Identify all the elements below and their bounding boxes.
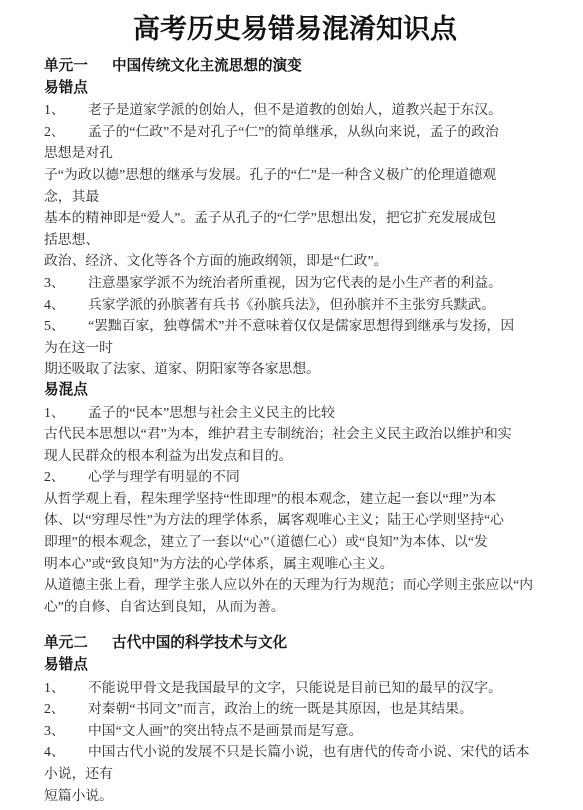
line-text: 中国古代小说的发展不只是长篇小说，也有唐代的传奇小说、宋代的话本: [88, 744, 530, 759]
text-line: 思想是对孔: [44, 142, 546, 164]
item-number: 2、: [44, 698, 88, 720]
list-item-line: 1、不能说甲骨文是我国最早的文字，只能说是目前已知的最早的汉字。: [44, 677, 546, 699]
text-line: 政治、经济、文化等各个方面的施政纲领，即是“仁政”。: [44, 250, 546, 272]
line-text: 思想是对孔: [44, 145, 113, 160]
text-line: 古代民本思想以“君”为本，维护君主专制统治；社会主义民主政治以维护和实: [44, 423, 546, 445]
text-line: 从哲学观上看，程朱理学坚持“性即理”的根本观念，建立起一套以“理”为本: [44, 488, 546, 510]
line-text: 小说，还有: [44, 766, 113, 781]
list-item-line: 2、对秦朝“书同文”而言，政治上的统一既是其原因，也是其结果。: [44, 698, 546, 720]
document-title: 高考历史易错易混淆知识点: [44, 13, 546, 45]
section-heading: 单元一中国传统文化主流思想的演变: [44, 56, 546, 78]
section-number: 单元二: [44, 633, 112, 655]
item-number: 2、: [44, 121, 88, 143]
document-body: 单元一中国传统文化主流思想的演变易错点1、老子是道家学派的创始人，但不是道教的创…: [44, 56, 546, 806]
text-line: 短篇小说。: [44, 785, 546, 807]
line-text: 中国传统文化主流思想的演变: [112, 58, 302, 74]
item-number: 4、: [44, 294, 88, 316]
list-item-line: 5、“罢黜百家，独尊儒术”并不意味着仅仅是儒家思想得到继承与发扬，因: [44, 315, 546, 337]
list-item-line: 4、兵家学派的孙膑著有兵书《孙膑兵法》，但孙膑并不主张穷兵黩武。: [44, 294, 546, 316]
text-line: 明本心”或“致良知”为方法的心学体系，属主观唯心主义。: [44, 553, 546, 575]
section-heading: 单元二古代中国的科学技术与文化: [44, 633, 546, 655]
line-text: 注意墨家学派不为统治者所重视，因为它代表的是小生产者的利益。: [88, 275, 502, 290]
text-line: 基本的精神即是“爱人”。孟子从孔子的“仁学”思想出发，把它扩充发展成包: [44, 207, 546, 229]
line-text: 孟子的“仁政”不是对孔子“仁”的简单继承，从纵向来说，孟子的政治: [88, 124, 499, 139]
list-item-line: 3、注意墨家学派不为统治者所重视，因为它代表的是小生产者的利益。: [44, 272, 546, 294]
text-line: 小说，还有: [44, 763, 546, 785]
line-text: 明本心”或“致良知”为方法的心学体系，属主观唯心主义。: [44, 556, 394, 571]
text-line: 括思想、: [44, 229, 546, 251]
text-line: 子“为政以德”思想的继承与发展。孔子的“仁”是一种含义极广的伦理道德观: [44, 164, 546, 186]
text-line: 期还吸取了法家、道家、阴阳家等各家思想。: [44, 358, 546, 380]
item-number: 2、: [44, 466, 88, 488]
item-number: 3、: [44, 720, 88, 742]
text-line: 从道德主张上看，理学主张人应以外在的天理为行为规范；而心学则主张应以“内: [44, 574, 546, 596]
line-text: 易错点: [44, 80, 88, 96]
line-text: 老子是道家学派的创始人，但不是道教的创始人，道教兴起于东汉。: [88, 102, 502, 117]
subsection-heading: 易混点: [44, 380, 546, 402]
line-text: 易混点: [44, 382, 88, 398]
text-line: 体、以“穷理尽性”为方法的理学体系，属客观唯心主义；陆王心学则坚持“心: [44, 509, 546, 531]
line-text: 对秦朝“书同文”而言，政治上的统一既是其原因，也是其结果。: [88, 701, 473, 716]
line-text: 从哲学观上看，程朱理学坚持“性即理”的根本观念，建立起一套以“理”为本: [44, 491, 496, 506]
line-text: 体、以“穷理尽性”为方法的理学体系，属客观唯心主义；陆王心学则坚持“心: [44, 512, 504, 527]
line-text: 不能说甲骨文是我国最早的文字，只能说是目前已知的最早的汉字。: [88, 680, 502, 695]
line-text: 古代中国的科学技术与文化: [112, 635, 287, 651]
list-item-line: 2、心学与理学有明显的不同: [44, 466, 546, 488]
line-text: 短篇小说。: [44, 788, 113, 803]
line-text: 为在这一时: [44, 340, 113, 355]
line-text: 易错点: [44, 657, 88, 673]
line-text: 从道德主张上看，理学主张人应以外在的天理为行为规范；而心学则主张应以“内: [44, 577, 533, 592]
text-line: 即理”的根本观念，建立了一套以“心”（道德仁心）或“良知”为本体、以“发: [44, 531, 546, 553]
section-number: 单元一: [44, 56, 112, 78]
line-text: 心”的自修、自省达到良知，从而为善。: [44, 599, 285, 614]
subsection-heading: 易错点: [44, 655, 546, 677]
item-number: 1、: [44, 402, 88, 424]
line-text: 孟子的“民本”思想与社会主义民主的比较: [88, 405, 335, 420]
item-number: 1、: [44, 677, 88, 699]
line-text: “罢黜百家，独尊儒术”并不意味着仅仅是儒家思想得到继承与发扬，因: [88, 318, 514, 333]
item-number: 5、: [44, 315, 88, 337]
list-item-line: 4、中国古代小说的发展不只是长篇小说，也有唐代的传奇小说、宋代的话本: [44, 741, 546, 763]
line-text: 子“为政以德”思想的继承与发展。孔子的“仁”是一种含义极广的伦理道德观: [44, 167, 496, 182]
line-text: 中国“文人画”的突出特点不是画景而是写意。: [88, 723, 362, 738]
document-page: 高考历史易错易混淆知识点 单元一中国传统文化主流思想的演变易错点1、老子是道家学…: [0, 0, 583, 810]
item-number: 4、: [44, 741, 88, 763]
text-line: 现人民群众的根本利益为出发点和目的。: [44, 445, 546, 467]
line-text: 即理”的根本观念，建立了一套以“心”（道德仁心）或“良知”为本体、以“发: [44, 534, 488, 549]
list-item-line: 3、中国“文人画”的突出特点不是画景而是写意。: [44, 720, 546, 742]
list-item-line: 1、孟子的“民本”思想与社会主义民主的比较: [44, 402, 546, 424]
text-line: 心”的自修、自省达到良知，从而为善。: [44, 596, 546, 618]
subsection-heading: 易错点: [44, 78, 546, 100]
line-text: 括思想、: [44, 232, 99, 247]
list-item-line: 2、孟子的“仁政”不是对孔子“仁”的简单继承，从纵向来说，孟子的政治: [44, 121, 546, 143]
item-number: 3、: [44, 272, 88, 294]
line-text: 心学与理学有明显的不同: [88, 469, 240, 484]
item-number: 1、: [44, 99, 88, 121]
line-text: 古代民本思想以“君”为本，维护君主专制统治；社会主义民主政治以维护和实: [44, 426, 512, 441]
line-text: 期还吸取了法家、道家、阴阳家等各家思想。: [44, 361, 320, 376]
line-text: 政治、经济、文化等各个方面的施政纲领，即是“仁政”。: [44, 253, 387, 268]
line-text: 念，其最: [44, 189, 99, 204]
line-text: 兵家学派的孙膑著有兵书《孙膑兵法》，但孙膑并不主张穷兵黩武。: [88, 297, 495, 312]
line-text: 现人民群众的根本利益为出发点和目的。: [44, 448, 292, 463]
text-line: 念，其最: [44, 186, 546, 208]
text-line: 为在这一时: [44, 337, 546, 359]
list-item-line: 1、老子是道家学派的创始人，但不是道教的创始人，道教兴起于东汉。: [44, 99, 546, 121]
line-text: 基本的精神即是“爱人”。孟子从孔子的“仁学”思想出发，把它扩充发展成包: [44, 210, 496, 225]
